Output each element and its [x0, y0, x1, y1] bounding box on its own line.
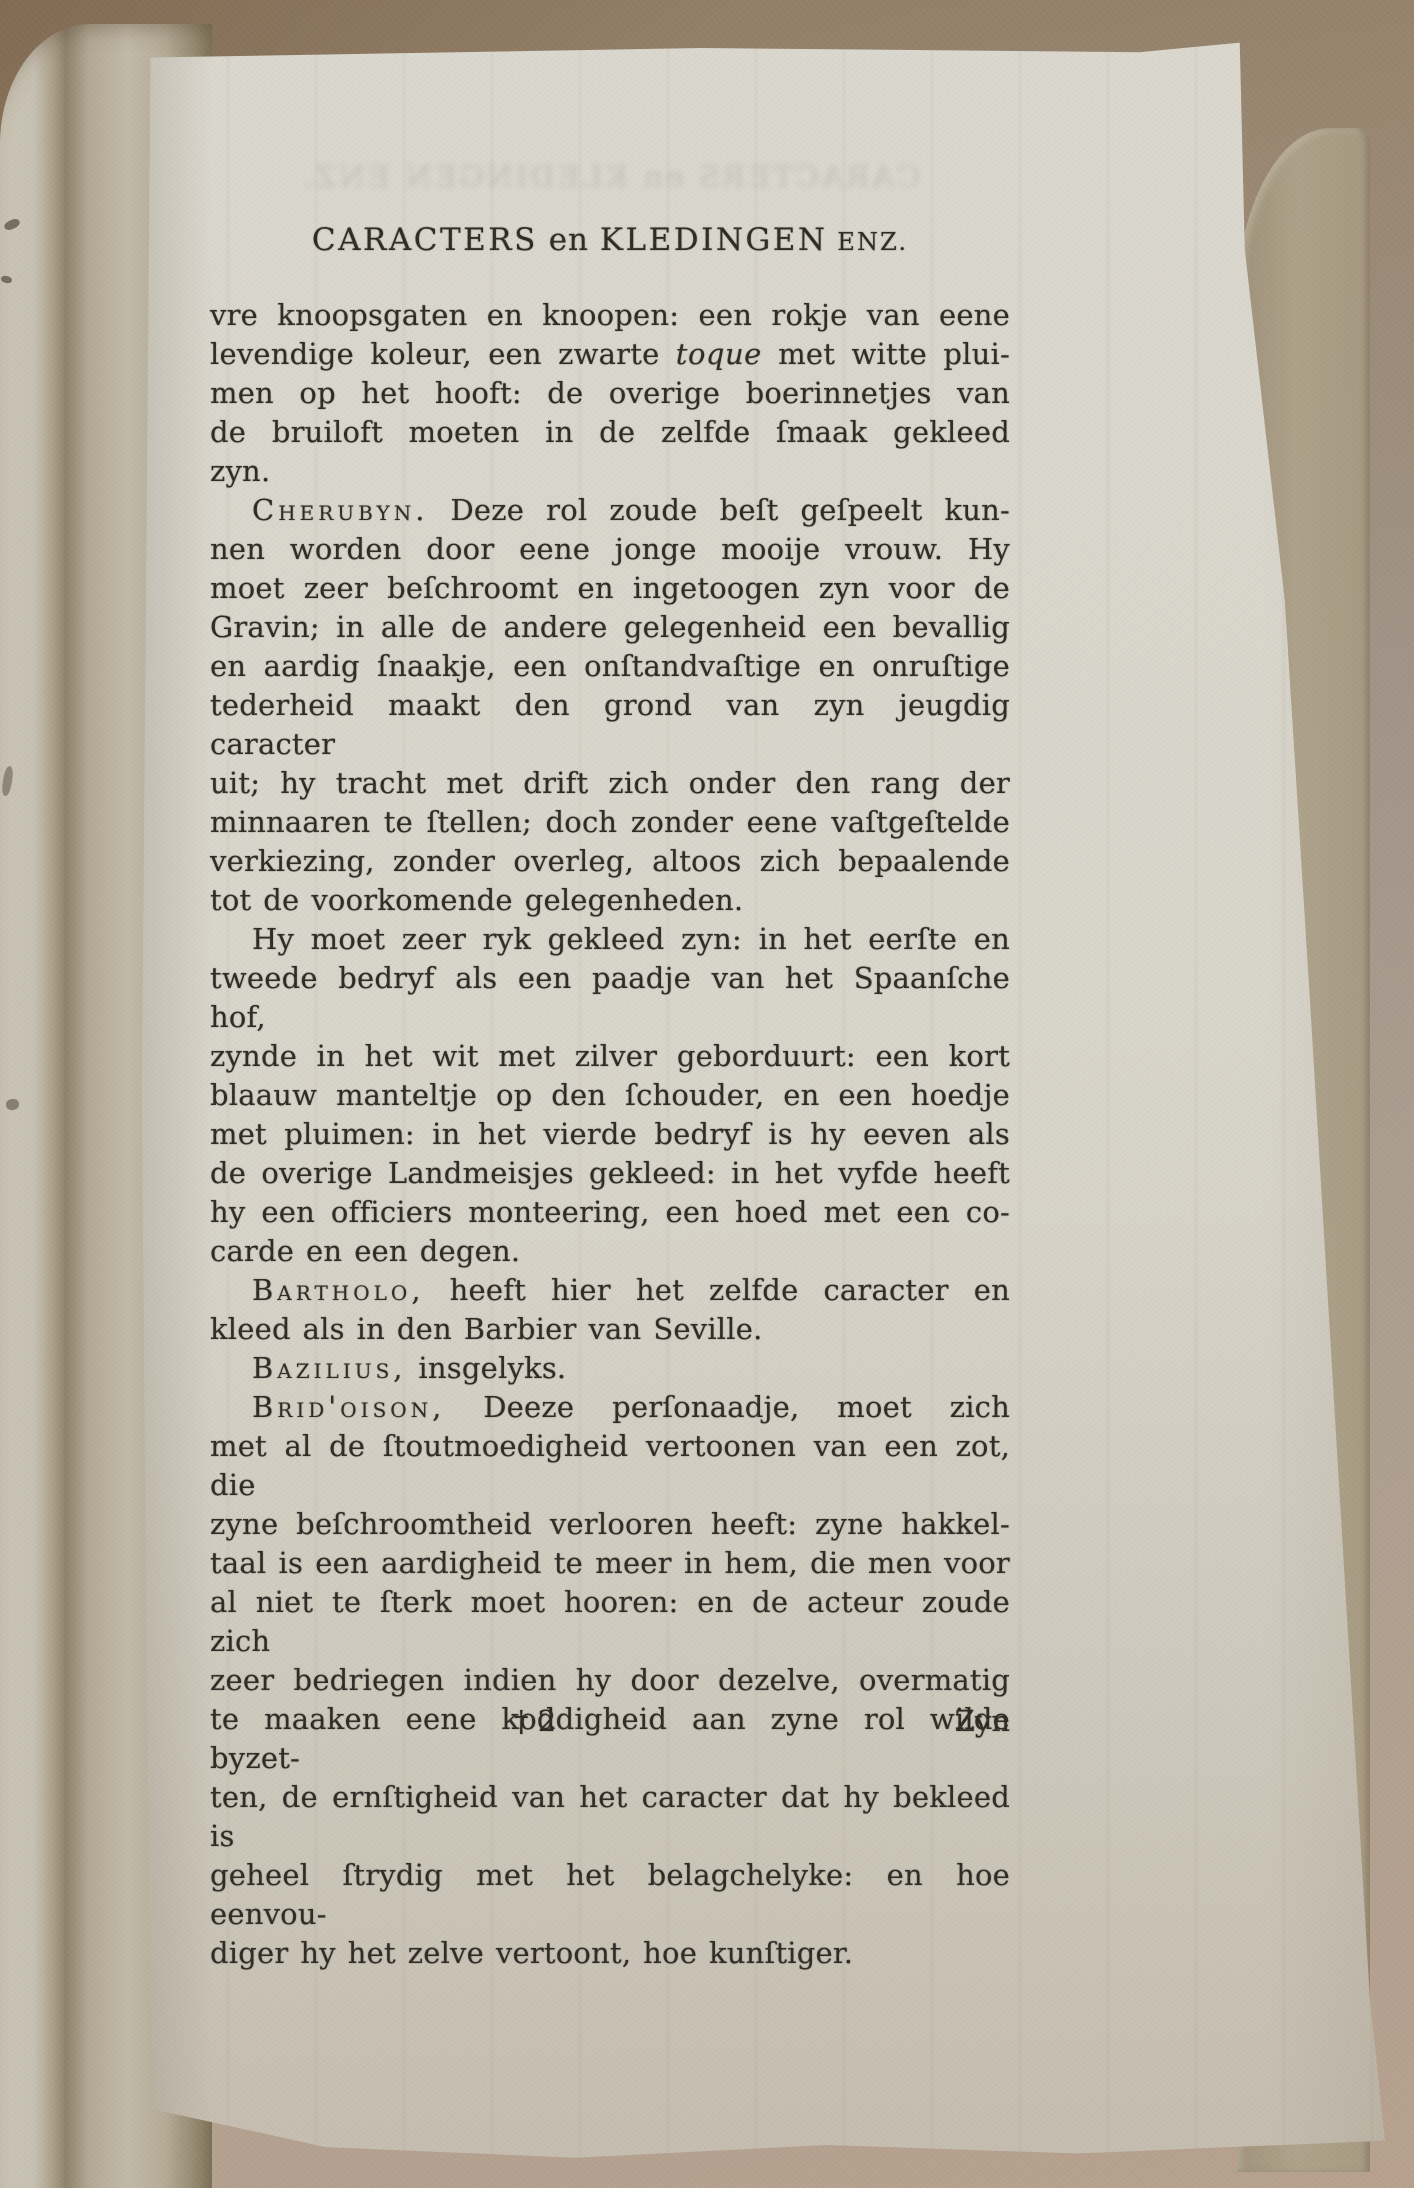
character-name: Bartholo,	[252, 1273, 425, 1307]
text-line: met pluimen: in het vierde bedryf is hy …	[210, 1115, 1010, 1154]
text-line: taal is een aardigheid te meer in hem, d…	[210, 1544, 1010, 1583]
text-segment: al niet te ſterk moet hooren: en de acte…	[210, 1585, 1010, 1658]
text-segment: zyne beſchroomtheid verlooren heeft: zyn…	[210, 1507, 1010, 1541]
text-line: zyn.	[210, 452, 1010, 491]
text-segment: diger hy het zelve vertoont, hoe kunſtig…	[210, 1936, 853, 1970]
text-segment: zynde in het wit met zilver geborduurt: …	[210, 1039, 1010, 1073]
text-segment: zeer bedriegen indien hy door dezelve, o…	[210, 1663, 1010, 1697]
text-line: Gravin; in alle de andere gelegenheid ee…	[210, 608, 1010, 647]
text-line: en aardig ſnaakje, een onſtandvaſtige en…	[210, 647, 1010, 686]
text-segment: Hy moet zeer ryk gekleed zyn: in het eer…	[252, 922, 1010, 956]
text-line: geheel ſtrydig met het belagchelyke: en …	[210, 1856, 1010, 1934]
text-segment: Deeze perſonaadje, moet zich	[445, 1390, 1010, 1424]
verso-showthrough-mark	[5, 1098, 19, 1111]
text-line: de bruiloft moeten in de zelfde ſmaak ge…	[210, 413, 1010, 452]
text-line: kleed als in den Barbier van Seville.	[210, 1310, 1010, 1349]
text-line: diger hy het zelve vertoont, hoe kunſtig…	[210, 1934, 1010, 1973]
text-segment: uit; hy tracht met drift zich onder den …	[210, 766, 1010, 800]
text-line: Bazilius, insgelyks.	[210, 1349, 1010, 1388]
text-line: zeer bedriegen indien hy door dezelve, o…	[210, 1661, 1010, 1700]
text-segment: toque	[676, 337, 762, 371]
text-line: zyne beſchroomtheid verlooren heeft: zyn…	[210, 1505, 1010, 1544]
character-name: Cherubyn.	[252, 493, 428, 527]
running-title-part: KLEDINGEN	[600, 222, 828, 258]
text-line: Brid'oison, Deeze perſonaadje, moet zich	[210, 1388, 1010, 1427]
book-page: CARACTERS en KLEDINGEN ENZ. CARACTERS en…	[138, 32, 1390, 2162]
text-segment: Gravin; in alle de andere gelegenheid ee…	[210, 610, 1010, 644]
text-line: met al de ſtoutmoedigheid vertoonen van …	[210, 1427, 1010, 1505]
text-line: men op het hooft: de overige boerinnetje…	[210, 374, 1010, 413]
photo-backdrop: CARACTERS en KLEDINGEN ENZ. CARACTERS en…	[0, 0, 1414, 2188]
text-line: minnaaren te ſtellen; doch zonder eene v…	[210, 803, 1010, 842]
text-line: blaauw manteltje op den ſchouder, en een…	[210, 1076, 1010, 1115]
text-line: vre knoopsgaten en knoopen: een rokje va…	[210, 296, 1010, 335]
running-title-part: ENZ.	[828, 228, 909, 256]
running-title-part: en	[538, 222, 600, 258]
text-line: carde en een degen.	[210, 1232, 1010, 1271]
text-line: al niet te ſterk moet hooren: en de acte…	[210, 1583, 1010, 1661]
text-line: Hy moet zeer ryk gekleed zyn: in het eer…	[210, 920, 1010, 959]
text-segment: kleed als in den Barbier van Seville.	[210, 1312, 763, 1346]
text-segment: men op het hooft: de overige boerinnetje…	[210, 376, 1010, 410]
text-segment: met al de ſtoutmoedigheid vertoonen van …	[210, 1429, 1010, 1502]
text-line: moet zeer beſchroomt en ingetoogen zyn v…	[210, 569, 1010, 608]
text-line: tederheid maakt den grond van zyn jeugdi…	[210, 686, 1010, 764]
verso-showthrough-mark	[0, 275, 12, 284]
text-segment: taal is een aardigheid te meer in hem, d…	[210, 1546, 1010, 1580]
text-line: zynde in het wit met zilver geborduurt: …	[210, 1037, 1010, 1076]
text-segment: minnaaren te ſtellen; doch zonder eene v…	[210, 805, 1010, 839]
text-segment: met pluimen: in het vierde bedryf is hy …	[210, 1117, 1010, 1151]
text-segment: verkiezing, zonder overleg, altoos zich …	[210, 844, 1010, 878]
text-segment: met witte plui-	[762, 337, 1010, 371]
text-segment: tot de voorkomende gelegenheden.	[210, 883, 743, 917]
showthrough-header: CARACTERS en KLEDINGEN ENZ.	[210, 160, 1010, 195]
running-title-part: CARACTERS	[312, 222, 538, 258]
text-segment: tederheid maakt den grond van zyn jeugdi…	[210, 688, 1010, 761]
catchword: Zyn	[955, 1704, 1010, 1738]
character-name: Bazilius,	[252, 1351, 407, 1385]
text-segment: carde en een degen.	[210, 1234, 520, 1268]
character-name: Brid'oison,	[252, 1390, 445, 1424]
text-segment: Deze rol zoude beſt geſpeelt kun-	[428, 493, 1010, 527]
text-line: hy een officiers monteering, een hoed me…	[210, 1193, 1010, 1232]
text-segment: blaauw manteltje op den ſchouder, en een…	[210, 1078, 1010, 1112]
text-segment: de bruiloft moeten in de zelfde ſmaak ge…	[210, 415, 1010, 449]
verso-showthrough-mark	[3, 217, 21, 232]
text-line: uit; hy tracht met drift zich onder den …	[210, 764, 1010, 803]
text-line: ten, de ernſtigheid van het caracter dat…	[210, 1778, 1010, 1856]
page-footer: † 2 Zyn	[210, 1704, 1010, 1746]
text-line: nen worden door eene jonge mooije vrouw.…	[210, 530, 1010, 569]
text-segment: levendige koleur, een zwarte	[210, 337, 676, 371]
text-line: verkiezing, zonder overleg, altoos zich …	[210, 842, 1010, 881]
running-title: CARACTERS en KLEDINGEN ENZ.	[210, 222, 1010, 258]
verso-showthrough-mark	[1, 765, 15, 796]
text-line: Bartholo, heeft hier het zelfde caracter…	[210, 1271, 1010, 1310]
text-segment: tweede bedryf als een paadje van het Spa…	[210, 961, 1010, 1034]
text-line: tot de voorkomende gelegenheden.	[210, 881, 1010, 920]
text-segment: en aardig ſnaakje, een onſtandvaſtige en…	[210, 649, 1010, 683]
signature-mark: † 2	[514, 1704, 556, 1738]
text-segment: hy een officiers monteering, een hoed me…	[210, 1195, 1010, 1229]
text-line: levendige koleur, een zwarte toque met w…	[210, 335, 1010, 374]
text-line: Cherubyn. Deze rol zoude beſt geſpeelt k…	[210, 491, 1010, 530]
text-line: de overige Landmeisjes gekleed: in het v…	[210, 1154, 1010, 1193]
text-segment: vre knoopsgaten en knoopen: een rokje va…	[210, 298, 1010, 332]
text-segment: insgelyks.	[407, 1351, 567, 1385]
text-segment: nen worden door eene jonge mooije vrouw.…	[210, 532, 1010, 566]
text-line: tweede bedryf als een paadje van het Spa…	[210, 959, 1010, 1037]
text-segment: zyn.	[210, 454, 270, 488]
text-segment: heeft hier het zelfde caracter en	[425, 1273, 1010, 1307]
text-segment: moet zeer beſchroomt en ingetoogen zyn v…	[210, 571, 1010, 605]
text-segment: ten, de ernſtigheid van het caracter dat…	[210, 1780, 1010, 1853]
text-segment: de overige Landmeisjes gekleed: in het v…	[210, 1156, 1010, 1190]
text-segment: geheel ſtrydig met het belagchelyke: en …	[210, 1858, 1010, 1931]
